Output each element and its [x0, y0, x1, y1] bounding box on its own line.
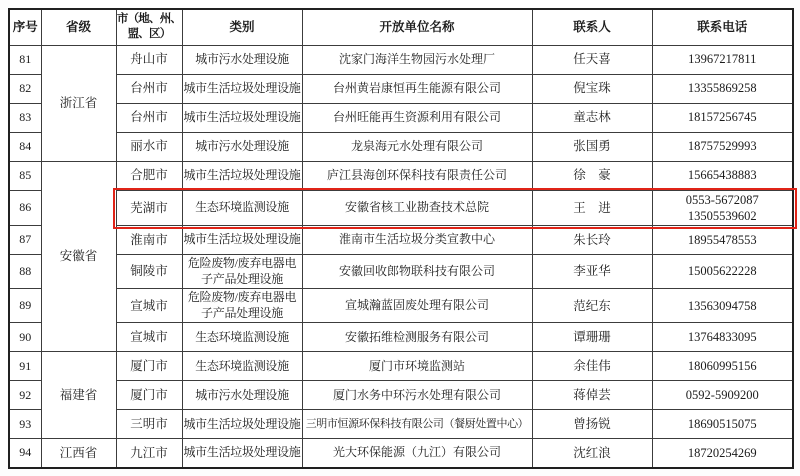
table-body: 81浙江省舟山市城市污水处理设施沈家门海洋生物园污水处理厂任天喜13967217…: [9, 45, 793, 468]
cell-city: 铜陵市: [116, 255, 182, 289]
table-row: 81浙江省舟山市城市污水处理设施沈家门海洋生物园污水处理厂任天喜13967217…: [9, 45, 793, 74]
cell-contact: 李亚华: [532, 255, 652, 289]
cell-unit: 安徽拓维检测服务有限公司: [302, 323, 532, 352]
table-row: 91福建省厦门市生态环境监测设施厦门市环境监测站余佳伟18060995156: [9, 352, 793, 381]
cell-unit: 安徽回收郎物联科技有限公司: [302, 255, 532, 289]
table-row: 87淮南市城市生活垃圾处理设施淮南市生活垃圾分类宣教中心朱长玲189554785…: [9, 226, 793, 255]
cell-no: 93: [9, 410, 41, 439]
cell-no: 87: [9, 226, 41, 255]
cell-contact: 朱长玲: [532, 226, 652, 255]
cell-city: 厦门市: [116, 352, 182, 381]
cell-contact: 童志林: [532, 103, 652, 132]
cell-phone: 18060995156: [652, 352, 793, 381]
cell-city: 舟山市: [116, 45, 182, 74]
cell-city: 合肥市: [116, 161, 182, 190]
cell-contact: 谭珊珊: [532, 323, 652, 352]
cell-province: 江西省: [41, 439, 116, 468]
column-header-phone: 联系电话: [652, 9, 793, 45]
cell-contact: 蒋倬芸: [532, 381, 652, 410]
column-header-no: 序号: [9, 9, 41, 45]
cell-unit: 龙泉海元水处理有限公司: [302, 132, 532, 161]
cell-contact: 余佳伟: [532, 352, 652, 381]
cell-unit: 宣城瀚蓝固废处理有限公司: [302, 289, 532, 323]
cell-unit: 光大环保能源（九江）有限公司: [302, 439, 532, 468]
cell-unit: 三明市恒源环保科技有限公司（餐厨处置中心）: [302, 410, 532, 439]
cell-phone: 0592-5909200: [652, 381, 793, 410]
cell-phone: 13967217811: [652, 45, 793, 74]
table-header-row: 序号省级市（地、州、 盟、区）类别开放单位名称联系人联系电话: [9, 9, 793, 45]
cell-unit: 台州旺能再生资源利用有限公司: [302, 103, 532, 132]
cell-contact: 徐 豪: [532, 161, 652, 190]
cell-no: 94: [9, 439, 41, 468]
cell-no: 83: [9, 103, 41, 132]
cell-contact: 曾扬锐: [532, 410, 652, 439]
cell-contact: 张国勇: [532, 132, 652, 161]
cell-unit: 淮南市生活垃圾分类宣教中心: [302, 226, 532, 255]
cell-phone: 18955478553: [652, 226, 793, 255]
cell-unit: 厦门市环境监测站: [302, 352, 532, 381]
cell-phone: 15665438883: [652, 161, 793, 190]
column-header-unit: 开放单位名称: [302, 9, 532, 45]
table-row: 89宣城市危险废物/废弃电器电子产品处理设施宣城瀚蓝固废处理有限公司范纪东135…: [9, 289, 793, 323]
cell-no: 86: [9, 190, 41, 226]
cell-city: 厦门市: [116, 381, 182, 410]
cell-unit: 台州黄岩康恒再生能源有限公司: [302, 74, 532, 103]
table-row: 86芜湖市生态环境监测设施安徽省核工业勘查技术总院王 进0553-5672087…: [9, 190, 793, 226]
cell-city: 丽水市: [116, 132, 182, 161]
cell-unit: 庐江县海创环保科技有限责任公司: [302, 161, 532, 190]
cell-no: 91: [9, 352, 41, 381]
cell-category: 城市生活垃圾处理设施: [182, 103, 302, 132]
cell-category: 城市生活垃圾处理设施: [182, 74, 302, 103]
cell-category: 城市生活垃圾处理设施: [182, 410, 302, 439]
cell-category: 城市污水处理设施: [182, 132, 302, 161]
cell-no: 89: [9, 289, 41, 323]
cell-contact: 王 进: [532, 190, 652, 226]
cell-no: 92: [9, 381, 41, 410]
cell-phone: 18720254269: [652, 439, 793, 468]
cell-city: 宣城市: [116, 289, 182, 323]
cell-unit: 安徽省核工业勘查技术总院: [302, 190, 532, 226]
cell-unit: 厦门水务中环污水处理有限公司: [302, 381, 532, 410]
cell-category: 城市生活垃圾处理设施: [182, 226, 302, 255]
table-header: 序号省级市（地、州、 盟、区）类别开放单位名称联系人联系电话: [9, 9, 793, 45]
cell-unit: 沈家门海洋生物园污水处理厂: [302, 45, 532, 74]
cell-city: 九江市: [116, 439, 182, 468]
cell-category: 生态环境监测设施: [182, 323, 302, 352]
cell-city: 宣城市: [116, 323, 182, 352]
cell-contact: 任天喜: [532, 45, 652, 74]
cell-category: 生态环境监测设施: [182, 190, 302, 226]
table-row: 93三明市城市生活垃圾处理设施三明市恒源环保科技有限公司（餐厨处置中心）曾扬锐1…: [9, 410, 793, 439]
table-row: 90宣城市生态环境监测设施安徽拓维检测服务有限公司谭珊珊13764833095: [9, 323, 793, 352]
cell-phone: 15005622228: [652, 255, 793, 289]
table-row: 94江西省九江市城市生活垃圾处理设施光大环保能源（九江）有限公司沈红浪18720…: [9, 439, 793, 468]
cell-province: 安徽省: [41, 161, 116, 352]
table-row: 83台州市城市生活垃圾处理设施台州旺能再生资源利用有限公司童志林18157256…: [9, 103, 793, 132]
table-row: 92厦门市城市污水处理设施厦门水务中环污水处理有限公司蒋倬芸0592-59092…: [9, 381, 793, 410]
cell-category: 城市生活垃圾处理设施: [182, 161, 302, 190]
cell-category: 城市污水处理设施: [182, 45, 302, 74]
cell-category: 城市污水处理设施: [182, 381, 302, 410]
cell-phone: 13355869258: [652, 74, 793, 103]
table-row: 84丽水市城市污水处理设施龙泉海元水处理有限公司张国勇18757529993: [9, 132, 793, 161]
cell-no: 90: [9, 323, 41, 352]
cell-no: 85: [9, 161, 41, 190]
cell-no: 84: [9, 132, 41, 161]
cell-phone: 13764833095: [652, 323, 793, 352]
cell-contact: 范纪东: [532, 289, 652, 323]
cell-phone: 18757529993: [652, 132, 793, 161]
column-header-contact: 联系人: [532, 9, 652, 45]
cell-category: 生态环境监测设施: [182, 352, 302, 381]
cell-province: 福建省: [41, 352, 116, 439]
column-header-city: 市（地、州、 盟、区）: [116, 9, 182, 45]
cell-city: 台州市: [116, 103, 182, 132]
cell-category: 危险废物/废弃电器电子产品处理设施: [182, 255, 302, 289]
cell-phone: 18157256745: [652, 103, 793, 132]
cell-phone: 13563094758: [652, 289, 793, 323]
cell-city: 台州市: [116, 74, 182, 103]
column-header-category: 类别: [182, 9, 302, 45]
open-units-table: 序号省级市（地、州、 盟、区）类别开放单位名称联系人联系电话 81浙江省舟山市城…: [8, 8, 794, 469]
cell-category: 危险废物/废弃电器电子产品处理设施: [182, 289, 302, 323]
cell-category: 城市生活垃圾处理设施: [182, 439, 302, 468]
table-row: 82台州市城市生活垃圾处理设施台州黄岩康恒再生能源有限公司倪宝珠13355869…: [9, 74, 793, 103]
cell-city: 三明市: [116, 410, 182, 439]
cell-no: 81: [9, 45, 41, 74]
cell-no: 82: [9, 74, 41, 103]
cell-province: 浙江省: [41, 45, 116, 161]
cell-city: 芜湖市: [116, 190, 182, 226]
document-page: 序号省级市（地、州、 盟、区）类别开放单位名称联系人联系电话 81浙江省舟山市城…: [0, 0, 800, 469]
cell-phone: 0553-5672087 13505539602: [652, 190, 793, 226]
cell-contact: 沈红浪: [532, 439, 652, 468]
cell-city: 淮南市: [116, 226, 182, 255]
cell-no: 88: [9, 255, 41, 289]
column-header-province: 省级: [41, 9, 116, 45]
table-row: 88铜陵市危险废物/废弃电器电子产品处理设施安徽回收郎物联科技有限公司李亚华15…: [9, 255, 793, 289]
cell-phone: 18690515075: [652, 410, 793, 439]
cell-contact: 倪宝珠: [532, 74, 652, 103]
table-row: 85安徽省合肥市城市生活垃圾处理设施庐江县海创环保科技有限责任公司徐 豪1566…: [9, 161, 793, 190]
